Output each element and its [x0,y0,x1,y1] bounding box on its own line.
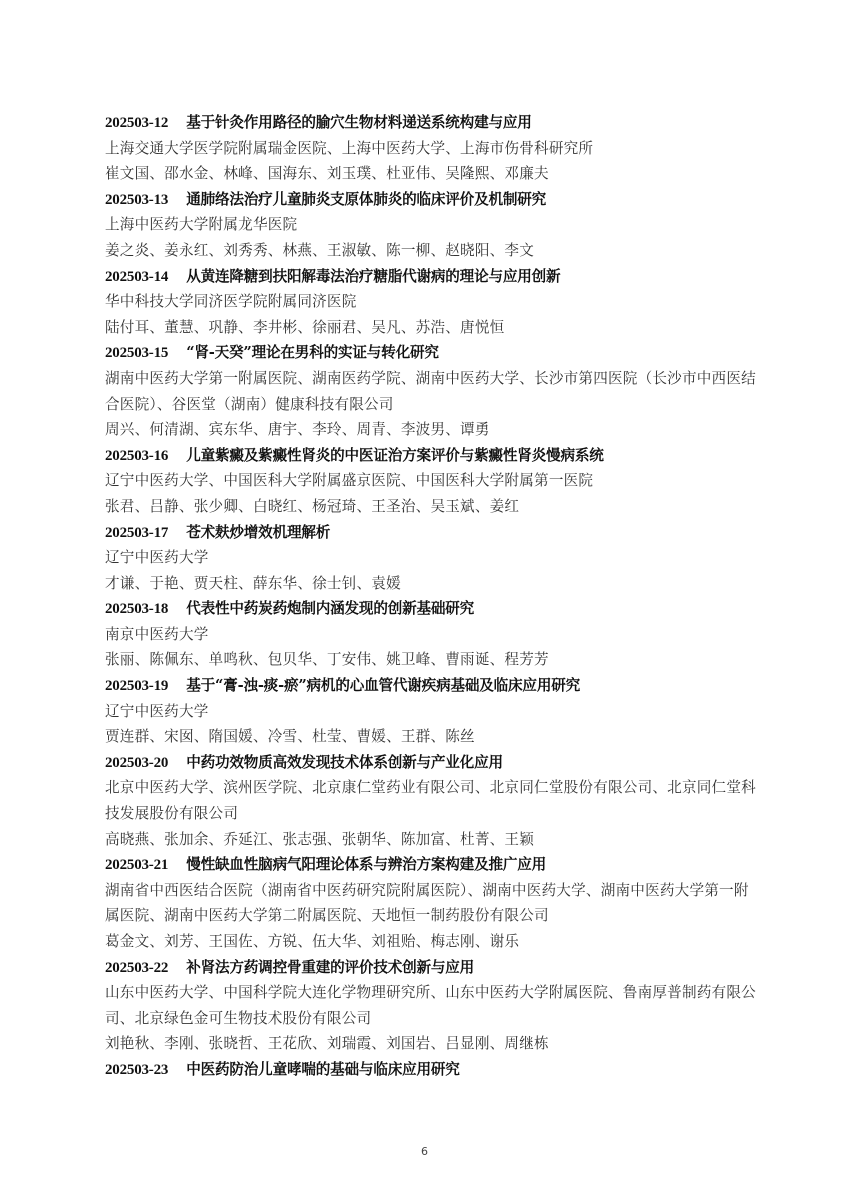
entry-code: 202503-20 [105,755,168,771]
entry-title: 202503-12基于针灸作用路径的腧穴生物材料递送系统构建与应用 [105,110,757,136]
entry-authors: 葛金文、刘芳、王国佐、方锐、伍大华、刘祖贻、梅志刚、谢乐 [105,929,757,955]
entry-code: 202503-14 [105,269,168,285]
entry-code: 202503-21 [105,857,168,873]
entry-authors: 周兴、何清湖、宾东华、唐宇、李玲、周青、李波男、谭勇 [105,417,757,443]
entry-202503-22: 202503-22补肾法方药调控骨重建的评价技术创新与应用 山东中医药大学、中国… [105,955,757,1057]
entry-institutions: 湖南中医药大学第一附属医院、湖南医药学院、湖南中医药大学、长沙市第四医院（长沙市… [105,366,757,417]
entry-202503-18: 202503-18代表性中药炭药炮制内涵发现的创新基础研究 南京中医药大学 张丽… [105,596,757,673]
entry-authors: 刘艳秋、李刚、张晓哲、王花欣、刘瑞霞、刘国岩、吕显刚、周继栋 [105,1031,757,1057]
entry-title-text: 基于“膏-浊-痰-瘀”病机的心血管代谢疾病基础及临床应用研究 [186,677,580,694]
entry-institutions: 湖南省中西医结合医院（湖南省中医药研究院附属医院）、湖南中医药大学、湖南中医药大… [105,878,757,929]
entry-title: 202503-13通肺络法治疗儿童肺炎支原体肺炎的临床评价及机制研究 [105,187,757,213]
entry-title-text: 通肺络法治疗儿童肺炎支原体肺炎的临床评价及机制研究 [186,191,546,208]
entry-title: 202503-18代表性中药炭药炮制内涵发现的创新基础研究 [105,596,757,622]
entry-title-text: 中医药防治儿童哮喘的基础与临床应用研究 [186,1061,459,1078]
entry-institutions: 上海交通大学医学院附属瑞金医院、上海中医药大学、上海市伤骨科研究所 [105,136,757,162]
entry-authors: 崔文国、邵水金、林峰、国海东、刘玉璞、杜亚伟、吴隆熙、邓廉夫 [105,161,757,187]
entry-authors: 张丽、陈佩东、单鸣秋、包贝华、丁安伟、姚卫峰、曹雨诞、程芳芳 [105,647,757,673]
entry-authors: 贾连群、宋囡、隋国媛、冷雪、杜莹、曹媛、王群、陈丝 [105,724,757,750]
entry-authors: 陆付耳、董慧、巩静、李井彬、徐丽君、吴凡、苏浩、唐悦恒 [105,315,757,341]
entry-institutions: 辽宁中医药大学 [105,545,757,571]
entry-code: 202503-13 [105,192,168,208]
entry-code: 202503-15 [105,345,168,361]
entry-title-text: 代表性中药炭药炮制内涵发现的创新基础研究 [186,600,474,617]
entry-title-text: “肾-天癸”理论在男科的实证与转化研究 [186,344,439,361]
entry-202503-23: 202503-23中医药防治儿童哮喘的基础与临床应用研究 [105,1057,757,1083]
entry-institutions: 华中科技大学同济医学院附属同济医院 [105,289,757,315]
entry-title-text: 补肾法方药调控骨重建的评价技术创新与应用 [186,959,474,976]
entry-title: 202503-17苍术麸炒增效机理解析 [105,520,757,546]
entry-title-text: 从黄连降糖到扶阳解毒法治疗糖脂代谢病的理论与应用创新 [186,268,560,285]
entry-title-text: 苍术麸炒增效机理解析 [186,524,330,541]
entry-title: 202503-14从黄连降糖到扶阳解毒法治疗糖脂代谢病的理论与应用创新 [105,264,757,290]
entry-202503-17: 202503-17苍术麸炒增效机理解析 辽宁中医药大学 才谦、于艳、贾天柱、薛东… [105,520,757,597]
entry-institutions: 上海中医药大学附属龙华医院 [105,212,757,238]
entry-202503-15: 202503-15“肾-天癸”理论在男科的实证与转化研究 湖南中医药大学第一附属… [105,340,757,442]
entry-title: 202503-16儿童紫癜及紫癜性肾炎的中医证治方案评价与紫癜性肾炎慢病系统 [105,443,757,469]
entry-institutions: 辽宁中医药大学、中国医科大学附属盛京医院、中国医科大学附属第一医院 [105,468,757,494]
entry-code: 202503-17 [105,525,168,541]
entry-code: 202503-23 [105,1062,168,1078]
entry-202503-13: 202503-13通肺络法治疗儿童肺炎支原体肺炎的临床评价及机制研究 上海中医药… [105,187,757,264]
entry-title-text: 中药功效物质高效发现技术体系创新与产业化应用 [186,754,503,771]
entry-code: 202503-22 [105,960,168,976]
entry-institutions: 北京中医药大学、滨州医学院、北京康仁堂药业有限公司、北京同仁堂股份有限公司、北京… [105,775,757,826]
entry-title-text: 儿童紫癜及紫癜性肾炎的中医证治方案评价与紫癜性肾炎慢病系统 [186,447,603,464]
entry-202503-21: 202503-21慢性缺血性脑病气阳理论体系与辨治方案构建及推广应用 湖南省中西… [105,852,757,954]
entry-title: 202503-23中医药防治儿童哮喘的基础与临床应用研究 [105,1057,757,1083]
entry-202503-14: 202503-14从黄连降糖到扶阳解毒法治疗糖脂代谢病的理论与应用创新 华中科技… [105,264,757,341]
entry-title-text: 慢性缺血性脑病气阳理论体系与辨治方案构建及推广应用 [186,856,546,873]
entry-202503-16: 202503-16儿童紫癜及紫癜性肾炎的中医证治方案评价与紫癜性肾炎慢病系统 辽… [105,443,757,520]
entry-authors: 姜之炎、姜永红、刘秀秀、林燕、王淑敏、陈一柳、赵晓阳、李文 [105,238,757,264]
entry-authors: 高晓燕、张加余、乔延江、张志强、张朝华、陈加富、杜菁、王颖 [105,827,757,853]
page-number: 6 [0,1145,849,1158]
entry-institutions: 辽宁中医药大学 [105,699,757,725]
entry-202503-19: 202503-19基于“膏-浊-痰-瘀”病机的心血管代谢疾病基础及临床应用研究 … [105,673,757,750]
entry-title: 202503-19基于“膏-浊-痰-瘀”病机的心血管代谢疾病基础及临床应用研究 [105,673,757,699]
entry-code: 202503-12 [105,115,168,131]
document-body: 202503-12基于针灸作用路径的腧穴生物材料递送系统构建与应用 上海交通大学… [105,110,757,1083]
entry-202503-12: 202503-12基于针灸作用路径的腧穴生物材料递送系统构建与应用 上海交通大学… [105,110,757,187]
entry-code: 202503-19 [105,678,168,694]
entry-institutions: 南京中医药大学 [105,622,757,648]
entry-title: 202503-22补肾法方药调控骨重建的评价技术创新与应用 [105,955,757,981]
entry-code: 202503-18 [105,601,168,617]
entry-title: 202503-15“肾-天癸”理论在男科的实证与转化研究 [105,340,757,366]
entry-authors: 才谦、于艳、贾天柱、薛东华、徐士钊、袁媛 [105,571,757,597]
entry-title: 202503-20中药功效物质高效发现技术体系创新与产业化应用 [105,750,757,776]
entry-authors: 张君、吕静、张少卿、白晓红、杨冠琦、王圣治、吴玉斌、姜红 [105,494,757,520]
entry-title-text: 基于针灸作用路径的腧穴生物材料递送系统构建与应用 [186,114,531,131]
entry-title: 202503-21慢性缺血性脑病气阳理论体系与辨治方案构建及推广应用 [105,852,757,878]
entry-202503-20: 202503-20中药功效物质高效发现技术体系创新与产业化应用 北京中医药大学、… [105,750,757,852]
entry-code: 202503-16 [105,448,168,464]
entry-institutions: 山东中医药大学、中国科学院大连化学物理研究所、山东中医药大学附属医院、鲁南厚普制… [105,980,757,1031]
